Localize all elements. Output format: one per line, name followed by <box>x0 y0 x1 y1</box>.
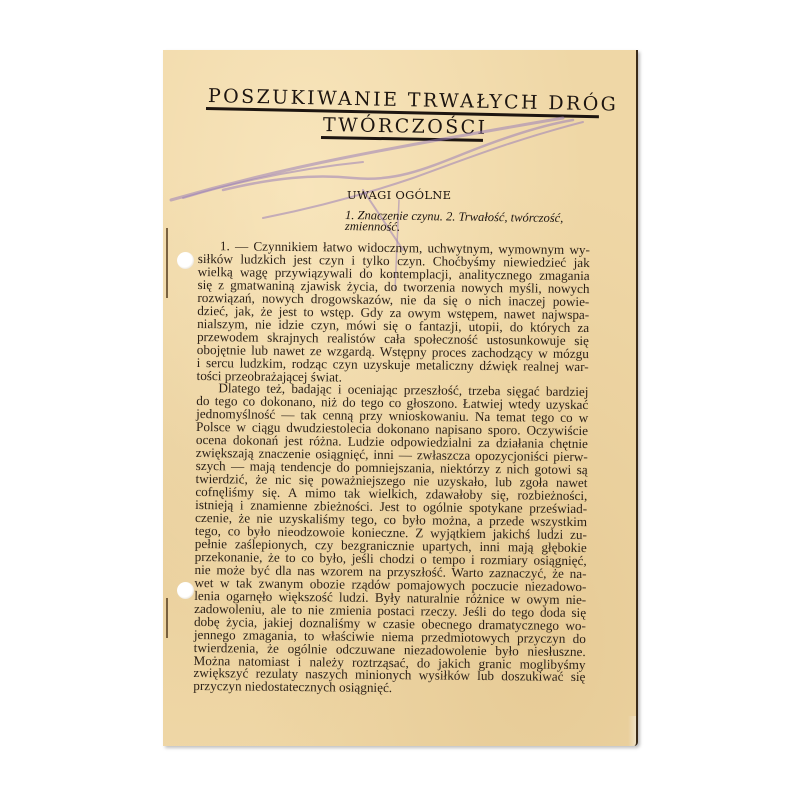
section-heading: UWAGI OGÓLNE <box>347 188 451 202</box>
page-corner <box>628 716 636 746</box>
binding-mark <box>166 598 168 638</box>
document-page: POSZUKIWANIE TRWAŁYCH DRÓG TWÓRCZOŚCI UW… <box>163 50 638 746</box>
body-text: 1. — Czynnikiem łatwo widocznym, uchwytn… <box>193 240 590 697</box>
punch-hole <box>177 252 194 269</box>
punch-hole <box>177 582 194 599</box>
section-subtitle: 1. Znaczenie czynu. 2. Trwałość, twórczo… <box>345 210 595 235</box>
document-title-continued: TWÓRCZOŚCI <box>323 114 488 139</box>
binding-mark <box>166 228 168 298</box>
